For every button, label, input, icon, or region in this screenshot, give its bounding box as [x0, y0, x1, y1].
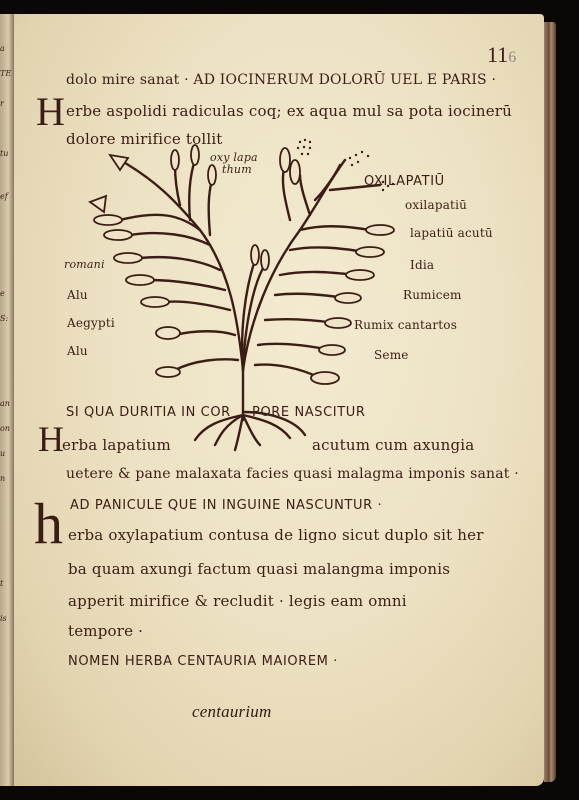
later-hand-annotation: centaurium — [192, 702, 271, 722]
left-fragment: an — [0, 399, 10, 408]
initial-h-1: H — [36, 88, 65, 135]
left-fragment: tu — [0, 149, 8, 158]
text-oxy: erba oxylapatium contusa de ligno sicut … — [68, 526, 484, 544]
plant-name-2: oxilapatiū — [405, 198, 467, 212]
heading-2: AD PANICULE QUE IN INGUINE NASCUNTUR · — [70, 498, 382, 513]
plant-name-left-2: Alu — [67, 288, 88, 302]
left-fragment: u — [0, 449, 5, 458]
plant-name-left-4: Alu — [67, 344, 88, 358]
left-fragment: ef — [0, 192, 8, 201]
left-fragment: r — [0, 99, 4, 108]
plant-name-left-1: romani — [64, 258, 105, 271]
left-fragment: n — [0, 474, 5, 483]
text-baquam: ba quam axungi factum quasi malangma imp… — [68, 560, 450, 578]
folio-ink: 11 — [487, 42, 508, 67]
adjacent-page-edge: a TE r tu ef e S: an on u n t is — [0, 14, 15, 786]
initial-h-3: h — [34, 490, 63, 557]
folio-pencil: 6 — [508, 49, 516, 66]
left-fragment: a — [0, 44, 5, 53]
plant-name-1: OXILAPATIŪ — [364, 174, 445, 189]
text-uetere: uetere & pane malaxata facies quasi mala… — [66, 466, 519, 482]
heading-1-left: SI QUA DURITIA IN COR — [66, 405, 231, 420]
initial-h-2: H — [38, 418, 64, 460]
text-line-2: erbe aspolidi radiculas coq; ex aqua mul… — [66, 102, 512, 120]
plant-name-7: Seme — [374, 348, 409, 362]
folio-number: 116 — [487, 42, 516, 68]
left-fragment: t — [0, 579, 3, 588]
left-fragment: on — [0, 424, 10, 433]
plant-name-3: lapatiū acutū — [410, 226, 493, 240]
text-herba-right: acutum cum axungia — [312, 436, 474, 454]
page-stack-edge — [544, 22, 556, 782]
heading-1-right: PORE NASCITUR — [252, 405, 366, 420]
plant-name-4: Idia — [410, 258, 434, 272]
left-fragment: e — [0, 289, 5, 298]
text-herba-left: erba lapatium — [62, 436, 171, 454]
text-tempore: tempore · — [68, 622, 143, 640]
plant-name-6: Rumix cantartos — [354, 318, 457, 332]
plant-name-5: Rumicem — [403, 288, 462, 302]
left-fragment: TE — [0, 69, 11, 78]
plant-name-left-3: Aegypti — [67, 316, 115, 330]
text-line-1: dolo mire sanat · AD IOCINERUM DOLORŪ UE… — [66, 72, 496, 88]
left-fragment: is — [0, 614, 7, 623]
left-fragment: S: — [0, 314, 8, 323]
heading-3: NOMEN HERBA CENTAURIA MAIOREM · — [68, 654, 338, 669]
text-apperit: apperit mirifice & recludit · legis eam … — [68, 592, 407, 610]
